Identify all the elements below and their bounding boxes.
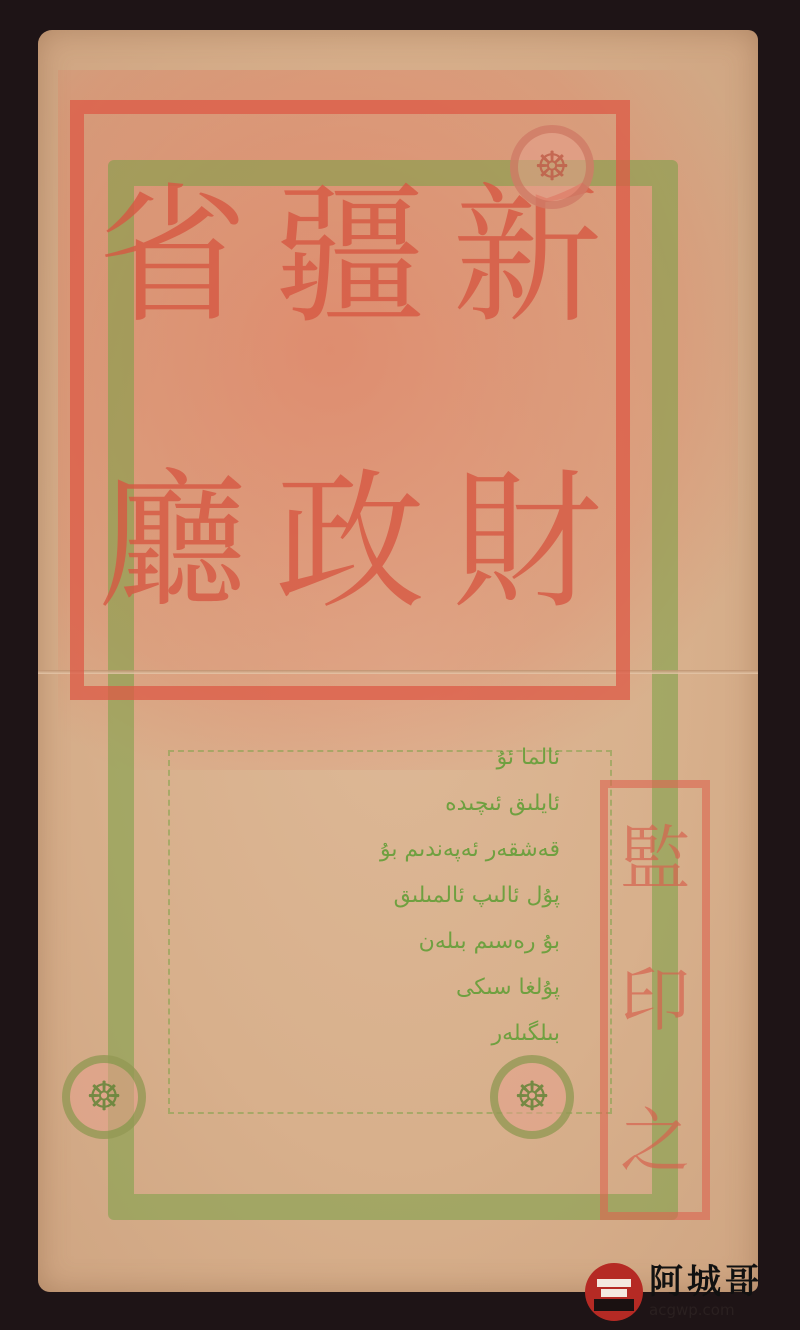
- uyghur-line: پۇل ئالىپ ئالمىلىق: [170, 873, 560, 919]
- site-watermark: 阿城哥 acgwp.com: [585, 1262, 763, 1322]
- watermark-url: acgwp.com: [649, 1301, 763, 1319]
- seal-char: 政: [261, 400, 438, 686]
- uyghur-line: بىلگىلەر: [170, 1011, 560, 1057]
- watermark-title: 阿城哥: [649, 1265, 763, 1299]
- uyghur-line: ئايلىق ئىچىدە: [170, 781, 560, 827]
- side-seal-stamp: 監 印 之: [600, 780, 710, 1220]
- seal-char: 財: [439, 400, 616, 686]
- uyghur-text-block: ئالما ئۇ ئايلىق ئىچىدە قەشقەر ئەپەندىم ب…: [170, 735, 560, 1057]
- corner-emblem-icon: ☸: [510, 125, 594, 209]
- corner-emblem-icon: ☸: [490, 1055, 574, 1139]
- seal-char: 疆: [261, 114, 438, 400]
- side-seal-char: 印: [620, 965, 690, 1035]
- uyghur-line: بۇ رەسىم بىلەن: [170, 919, 560, 965]
- uyghur-line: ئالما ئۇ: [170, 735, 560, 781]
- side-seal-char: 之: [620, 1106, 690, 1176]
- corner-emblem-icon: ☸: [62, 1055, 146, 1139]
- side-seal-char: 監: [620, 824, 690, 894]
- uyghur-line: قەشقەر ئەپەندىم بۇ: [170, 827, 560, 873]
- seal-char: 廳: [84, 400, 261, 686]
- uyghur-line: پۇلغا سىكى: [170, 965, 560, 1011]
- palace-logo-icon: [585, 1263, 643, 1321]
- seal-char: 省: [84, 114, 261, 400]
